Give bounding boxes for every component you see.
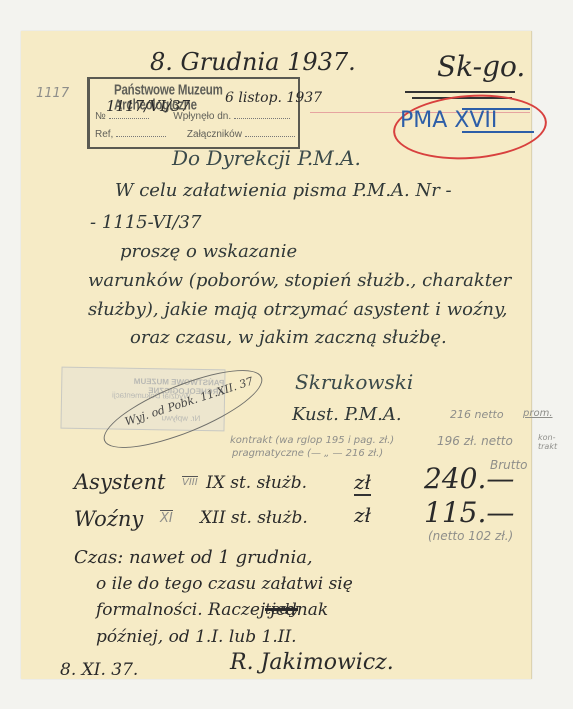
stamp-received-value: 6 listop. 1937 bbox=[225, 90, 322, 106]
pencil-kontrakt-side: kon-trakt bbox=[538, 433, 570, 451]
salary-amount: 115.— bbox=[424, 496, 514, 529]
salary-position: Woźny bbox=[74, 507, 143, 531]
pencil-pragmatic-note: pragmatyczne (— „ — 216 zł.) bbox=[232, 448, 383, 459]
reference-code: Sk-go. bbox=[437, 50, 525, 83]
response-signature: R. Jakimowicz. bbox=[230, 650, 394, 675]
letter-line-5: służby), jakie mają otrzymać asystent i … bbox=[88, 299, 508, 320]
pencil-196-netto: 196 zł. netto bbox=[437, 434, 513, 448]
response-line-1: Czas: nawet od 1 grudnia, bbox=[74, 547, 313, 568]
reference-underline bbox=[405, 91, 515, 93]
letter-signature: Skrukowski bbox=[295, 370, 413, 394]
bleed-through-text bbox=[390, 58, 394, 71]
header-date: 8. Grudnia 1937. bbox=[150, 48, 356, 76]
stamp-ref-label: Ref, bbox=[95, 129, 113, 140]
salary-grade: XII st. służb. bbox=[200, 508, 308, 528]
archive-mark: PMA XVII bbox=[400, 108, 497, 133]
margin-pencil-number: 1117 bbox=[36, 86, 69, 101]
salary-grade: IX st. służb. bbox=[206, 473, 307, 493]
salary-currency: zł bbox=[354, 503, 371, 527]
pencil-brutto-label: Brutto bbox=[490, 458, 528, 472]
struck-word: tedy bbox=[265, 600, 298, 618]
letter-line-6: oraz czasu, w jakim zaczną służbę. bbox=[130, 327, 447, 348]
letter-line-2: - 1115-VI/37 bbox=[90, 212, 201, 233]
response-line-4: później, od 1.I. lub 1.II. bbox=[96, 627, 297, 647]
pencil-netto-102: (netto 102 zł.) bbox=[428, 529, 513, 543]
salary-grade-old: XI bbox=[160, 510, 173, 526]
archive-mark-underline bbox=[462, 131, 534, 133]
stamp-attachments-label: Załączników bbox=[187, 129, 242, 140]
letter-line-4: warunków (poborów, stopień służb., chara… bbox=[88, 270, 511, 291]
pencil-netto-note: 216 netto bbox=[450, 408, 504, 421]
response-line-2: o ile do tego czasu załatwi się bbox=[96, 574, 353, 594]
pencil-contract-note: kontrakt (wa rglop 195 i pag. zł.) bbox=[230, 435, 394, 446]
salary-position: Asystent bbox=[74, 470, 165, 494]
letter-signature-title: Kust. P.M.A. bbox=[292, 404, 402, 425]
archive-mark-overline bbox=[462, 108, 530, 110]
letter-line-1: W celu załatwienia pisma P.M.A. Nr - bbox=[115, 180, 452, 201]
salary-grade-old: VIII bbox=[182, 476, 198, 488]
salary-currency: zł bbox=[354, 470, 371, 496]
response-date: 8. XI. 37. bbox=[60, 660, 138, 680]
salutation: Do Dyrekcji P.M.A. bbox=[172, 146, 361, 170]
pencil-prom-note: prom. bbox=[523, 408, 553, 419]
letter-line-3: proszę o wskazanie bbox=[120, 241, 297, 262]
stamp-number-label: № bbox=[95, 111, 106, 122]
stamp-number-value: 1117/VI/37 bbox=[106, 97, 190, 115]
